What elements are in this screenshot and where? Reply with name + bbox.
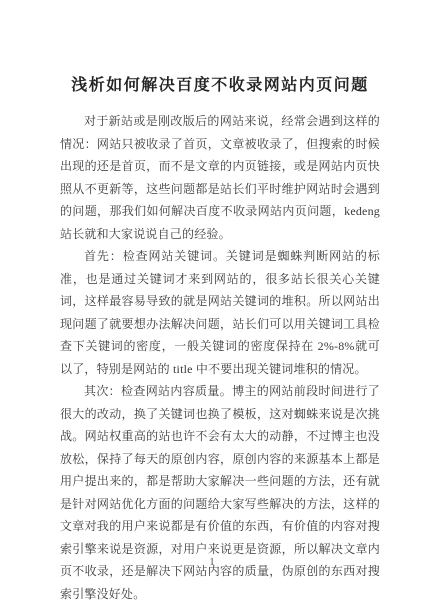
document-title: 浅析如何解决百度不收录网站内页问题 [60, 72, 380, 95]
document-body: 对于新站或是刚改版后的网站来说，经常会遇到这样的情况：网站只被收录了首页，文章被… [60, 110, 380, 600]
paragraph-check-keywords: 首先：检查网站关键词。关键词是蜘蛛判断网站的标准，也是通过关键词才来到网站的，很… [60, 245, 380, 380]
document-page: 浅析如何解决百度不收录网站内页问题 对于新站或是刚改版后的网站来说，经常会遇到这… [0, 0, 424, 600]
paragraph-intro: 对于新站或是刚改版后的网站来说，经常会遇到这样的情况：网站只被收录了首页，文章被… [60, 110, 380, 245]
page-number: 1 [0, 556, 424, 568]
